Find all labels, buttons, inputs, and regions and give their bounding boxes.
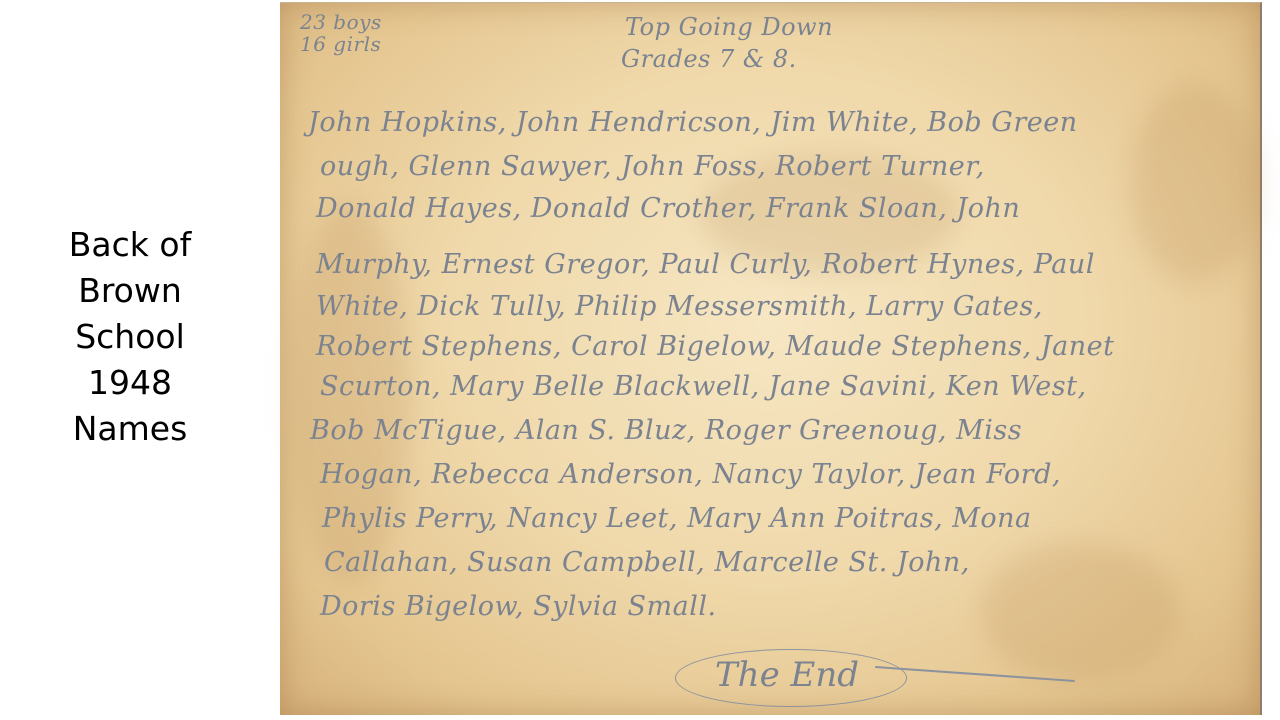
names-line: Robert Stephens, Carol Bigelow, Maude St… <box>316 331 1114 362</box>
names-line: Murphy, Ernest Gregor, Paul Curly, Rober… <box>316 249 1095 280</box>
caption-line: Names <box>40 406 220 452</box>
caption-line: Brown <box>40 268 220 314</box>
heading-line-1: Top Going Down <box>625 11 833 43</box>
card-heading: Top Going Down Grades 7 & 8. <box>625 11 833 75</box>
names-line: White, Dick Tully, Philip Messersmith, L… <box>316 291 1043 322</box>
names-line: Scurton, Mary Belle Blackwell, Jane Savi… <box>320 371 1087 402</box>
names-line: Bob McTigue, Alan S. Bluz, Roger Greenou… <box>310 415 1022 446</box>
names-line: Phylis Perry, Nancy Leet, Mary Ann Poitr… <box>322 503 1032 534</box>
names-line: Doris Bigelow, Sylvia Small. <box>320 591 717 622</box>
boys-count: 23 boys <box>300 11 382 33</box>
names-line: Hogan, Rebecca Anderson, Nancy Taylor, J… <box>320 459 1061 490</box>
closing-text: The End <box>715 655 859 695</box>
names-line: Donald Hayes, Donald Crother, Frank Sloa… <box>316 193 1020 224</box>
caption-line: School <box>40 314 220 360</box>
names-line: ough, Glenn Sawyer, John Foss, Robert Tu… <box>320 151 985 182</box>
girls-count: 16 girls <box>300 33 382 55</box>
heading-line-2: Grades 7 & 8. <box>621 43 833 75</box>
paper-stain <box>1130 83 1260 283</box>
student-counts: 23 boys 16 girls <box>300 11 382 55</box>
slide-caption: Back of Brown School 1948 Names <box>40 222 220 452</box>
caption-line: Back of <box>40 222 220 268</box>
handwritten-card-photo: 23 boys 16 girls Top Going Down Grades 7… <box>280 2 1262 715</box>
caption-line: 1948 <box>40 360 220 406</box>
the-end-flourish: The End <box>675 643 1075 703</box>
names-line: John Hopkins, John Hendricson, Jim White… <box>308 107 1078 138</box>
names-line: Callahan, Susan Campbell, Marcelle St. J… <box>324 547 970 578</box>
